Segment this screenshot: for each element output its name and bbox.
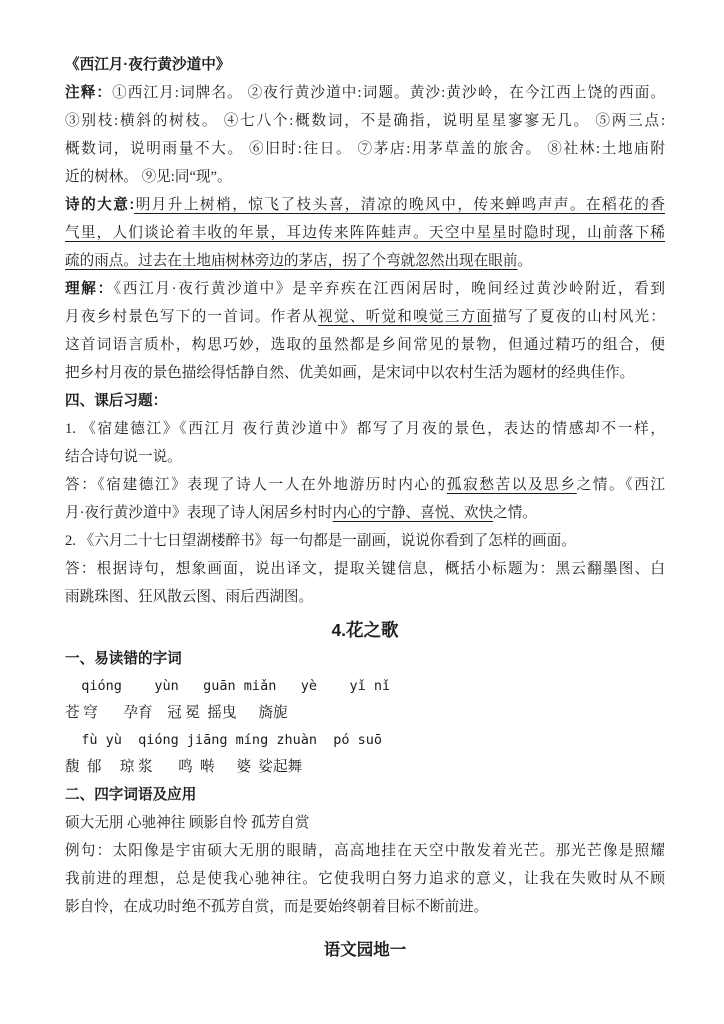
example-line: 影自怜，在成功时绝不孤芳自赏，而是要始终朝着目标不断前进。 — [65, 893, 665, 921]
text-run: 描写了夏夜的山村风光： — [492, 309, 665, 325]
bold-label: 四、课后习题： — [65, 393, 167, 409]
text-run: 答：根据诗句，想象画面，说出译文，提取关键信息，概括小标题为：黑云翻墨图、白 — [65, 561, 665, 577]
bold-label: 诗的大意: — [65, 197, 134, 213]
notes-line: 概数词，说明雨量不大。 ⑥旧时:往日。 ⑦茅店:用茅草盖的旅舍。 ⑧社林:土地庙… — [65, 135, 665, 163]
bold-label: 《西江月·夜行黄沙道中》 — [65, 57, 230, 73]
text-run: 硕大无朋 心驰神往 顾影自怜 孤芳自赏 — [65, 815, 309, 831]
text-run: 例句：太阳像是宇宙硕大无朋的眼睛，高高地挂在天空中散发着光芒。那光芒像是照耀 — [65, 843, 665, 859]
pinyin-row: qióng yùn guān miǎn yè yǐ nǐ — [65, 673, 665, 700]
unit-heading: 语文园地一 — [65, 935, 665, 965]
text-run: 雨跳珠图、狂风散云图、雨后西湖图。 — [65, 589, 313, 605]
text-run: 答：《宿建德江》表现了诗人一人在外地游历时内心的 — [65, 477, 447, 493]
homework-header: 四、课后习题： — [65, 387, 665, 415]
notes-line: 注释：①西江月:词牌名。 ②夜行黄沙道中:词题。黄沙:黄沙岭，在今江西上饶的西面… — [65, 79, 665, 107]
underlined-text: 气里，人们谈论着丰收的年景，耳边传来阵阵蛙声。天空中星星时隐时现，山前落下稀 — [65, 225, 665, 241]
lesson-heading: 4.花之歌 — [65, 615, 665, 645]
poem-title: 《西江月·夜行黄沙道中》 — [65, 51, 665, 79]
underlined-text: 视觉、听觉和嗅觉三方面 — [318, 309, 492, 325]
worksheet-page: 《西江月·夜行黄沙道中》注释：①西江月:词牌名。 ②夜行黄沙道中:词题。黄沙:黄… — [0, 0, 724, 1024]
notes-line: ③别枝:横斜的树枝。 ④七八个:概数词，不是确指，说明星星寥寥无几。 ⑤两三点: — [65, 107, 665, 135]
question-line: 2. 《六月二十七日望湖楼醉书》每一句都是一副画，说说你看到了怎样的画面。 — [65, 527, 665, 555]
notes-line: 近的树林。 ⑨见:同“现”。 — [65, 163, 665, 191]
bold-label: 注释： — [65, 85, 112, 101]
text-run: 之情。 — [493, 505, 537, 521]
question-line: 1. 《宿建德江》《西江月 夜行黄沙道中》都写了月夜的景色，表达的情感却不一样， — [65, 415, 665, 443]
text-run: 。 — [517, 253, 532, 269]
text-run: 把乡村月夜的景色描绘得恬静自然、优美如画，是宋词中以农村生活为题材的经典佳作。 — [65, 365, 634, 381]
meaning-line: 诗的大意:明月升上树梢，惊飞了枝头喜，清凉的晚风中，传来蝉鸣声声。在稻花的香 — [65, 191, 665, 219]
answer-line: 答：《宿建德江》表现了诗人一人在外地游历时内心的孤寂愁苦以及思乡之情。《西江 — [65, 471, 665, 499]
example-line: 我前进的理想，总是使我心驰神往。它使我明白努力追求的意义，让我在失败时从不顾 — [65, 865, 665, 893]
answer-line: 月·夜行黄沙道中》表现了诗人闲居乡村时内心的宁静、喜悦、欢快之情。 — [65, 499, 665, 527]
bold-label: 一、易读错的字词 — [65, 651, 182, 667]
meaning-line: 气里，人们谈论着丰收的年景，耳边传来阵阵蛙声。天空中星星时隐时现，山前落下稀 — [65, 219, 665, 247]
text-run: 1. 《宿建德江》《西江月 夜行黄沙道中》都写了月夜的景色，表达的情感却不一样， — [65, 421, 665, 437]
text-run: 馥 郁 琼 浆 鸣 啭 婆 娑起舞 — [65, 759, 302, 775]
answer-line: 雨跳珠图、狂风散云图、雨后西湖图。 — [65, 583, 665, 611]
bold-label: 语文园地一 — [324, 941, 407, 959]
bold-label: 4.花之歌 — [331, 620, 398, 640]
subsection-header: 一、易读错的字词 — [65, 645, 665, 673]
underlined-text: 内心的宁静、喜悦、欢快 — [333, 505, 494, 521]
underlined-text: 疏的雨点。过去在土地庙树林旁边的茅店，拐了个弯就忽然出现在眼前 — [65, 253, 517, 269]
hanzi-row: 苍 穹 孕育 冠 冕 摇曳 旖旎 — [65, 700, 665, 727]
text-run: 这首词语言质朴，构思巧妙，选取的虽然都是乡间常见的景物，但通过精巧的组合，便 — [65, 337, 665, 353]
text-run: 2. 《六月二十七日望湖楼醉书》每一句都是一副画，说说你看到了怎样的画面。 — [65, 533, 576, 549]
text-run: 概数词，说明雨量不大。 ⑥旧时:往日。 ⑦茅店:用茅草盖的旅舍。 ⑧社林:土地庙… — [65, 141, 665, 157]
analysis-line: 这首词语言质朴，构思巧妙，选取的虽然都是乡间常见的景物，但通过精巧的组合，便 — [65, 331, 665, 359]
text-run: 我前进的理想，总是使我心驰神往。它使我明白努力追求的意义，让我在失败时从不顾 — [65, 871, 665, 887]
analysis-line: 月夜乡村景色写下的一首词。作者从视觉、听觉和嗅觉三方面描写了夏夜的山村风光： — [65, 303, 665, 331]
question-line: 结合诗句说一说。 — [65, 443, 665, 471]
text-run: 苍 穹 孕育 冠 冕 摇曳 旖旎 — [65, 705, 288, 721]
text-run: ①西江月:词牌名。 ②夜行黄沙道中:词题。黄沙:黄沙岭，在今江西上饶的西面。 — [112, 85, 665, 101]
bold-label: 二、四字词语及应用 — [65, 787, 196, 803]
analysis-line: 理解：《西江月·夜行黄沙道中》是辛弃疾在江西闲居时，晚间经过黄沙岭附近，看到 — [65, 275, 665, 303]
text-run: qióng yùn guān miǎn yè yǐ nǐ — [65, 678, 390, 694]
word-list: 硕大无朋 心驰神往 顾影自怜 孤芳自赏 — [65, 809, 665, 837]
text-run: 结合诗句说一说。 — [65, 449, 182, 465]
pinyin-row: fù yù qióng jiāng míng zhuàn pó suō — [65, 727, 665, 754]
text-run: 《西江月·夜行黄沙道中》是辛弃疾在江西闲居时，晚间经过黄沙岭附近，看到 — [114, 281, 665, 297]
document-body: 《西江月·夜行黄沙道中》注释：①西江月:词牌名。 ②夜行黄沙道中:词题。黄沙:黄… — [65, 51, 665, 965]
text-run: fù yù qióng jiāng míng zhuàn pó suō — [65, 732, 382, 748]
text-run: 影自怜，在成功时绝不孤芳自赏，而是要始终朝着目标不断前进。 — [65, 899, 488, 915]
underlined-text: 孤寂愁苦以及思乡 — [447, 477, 577, 493]
analysis-line: 把乡村月夜的景色描绘得恬静自然、优美如画，是宋词中以农村生活为题材的经典佳作。 — [65, 359, 665, 387]
hanzi-row: 馥 郁 琼 浆 鸣 啭 婆 娑起舞 — [65, 754, 665, 781]
text-run: 之情。《西江 — [577, 477, 665, 493]
example-line: 例句：太阳像是宇宙硕大无朋的眼睛，高高地挂在天空中散发着光芒。那光芒像是照耀 — [65, 837, 665, 865]
text-run: 近的树林。 ⑨见:同“现”。 — [65, 169, 232, 185]
meaning-line: 疏的雨点。过去在土地庙树林旁边的茅店，拐了个弯就忽然出现在眼前。 — [65, 247, 665, 275]
text-run: 月·夜行黄沙道中》表现了诗人闲居乡村时 — [65, 505, 333, 521]
subsection-header: 二、四字词语及应用 — [65, 781, 665, 809]
bold-label: 理解： — [65, 281, 114, 297]
text-run: 月夜乡村景色写下的一首词。作者从 — [65, 309, 318, 325]
underlined-text: 明月升上树梢，惊飞了枝头喜，清凉的晚风中，传来蝉鸣声声。在稻花的香 — [134, 197, 665, 213]
text-run: ③别枝:横斜的树枝。 ④七八个:概数词，不是确指，说明星星寥寥无几。 ⑤两三点: — [65, 113, 665, 129]
answer-line: 答：根据诗句，想象画面，说出译文，提取关键信息，概括小标题为：黑云翻墨图、白 — [65, 555, 665, 583]
